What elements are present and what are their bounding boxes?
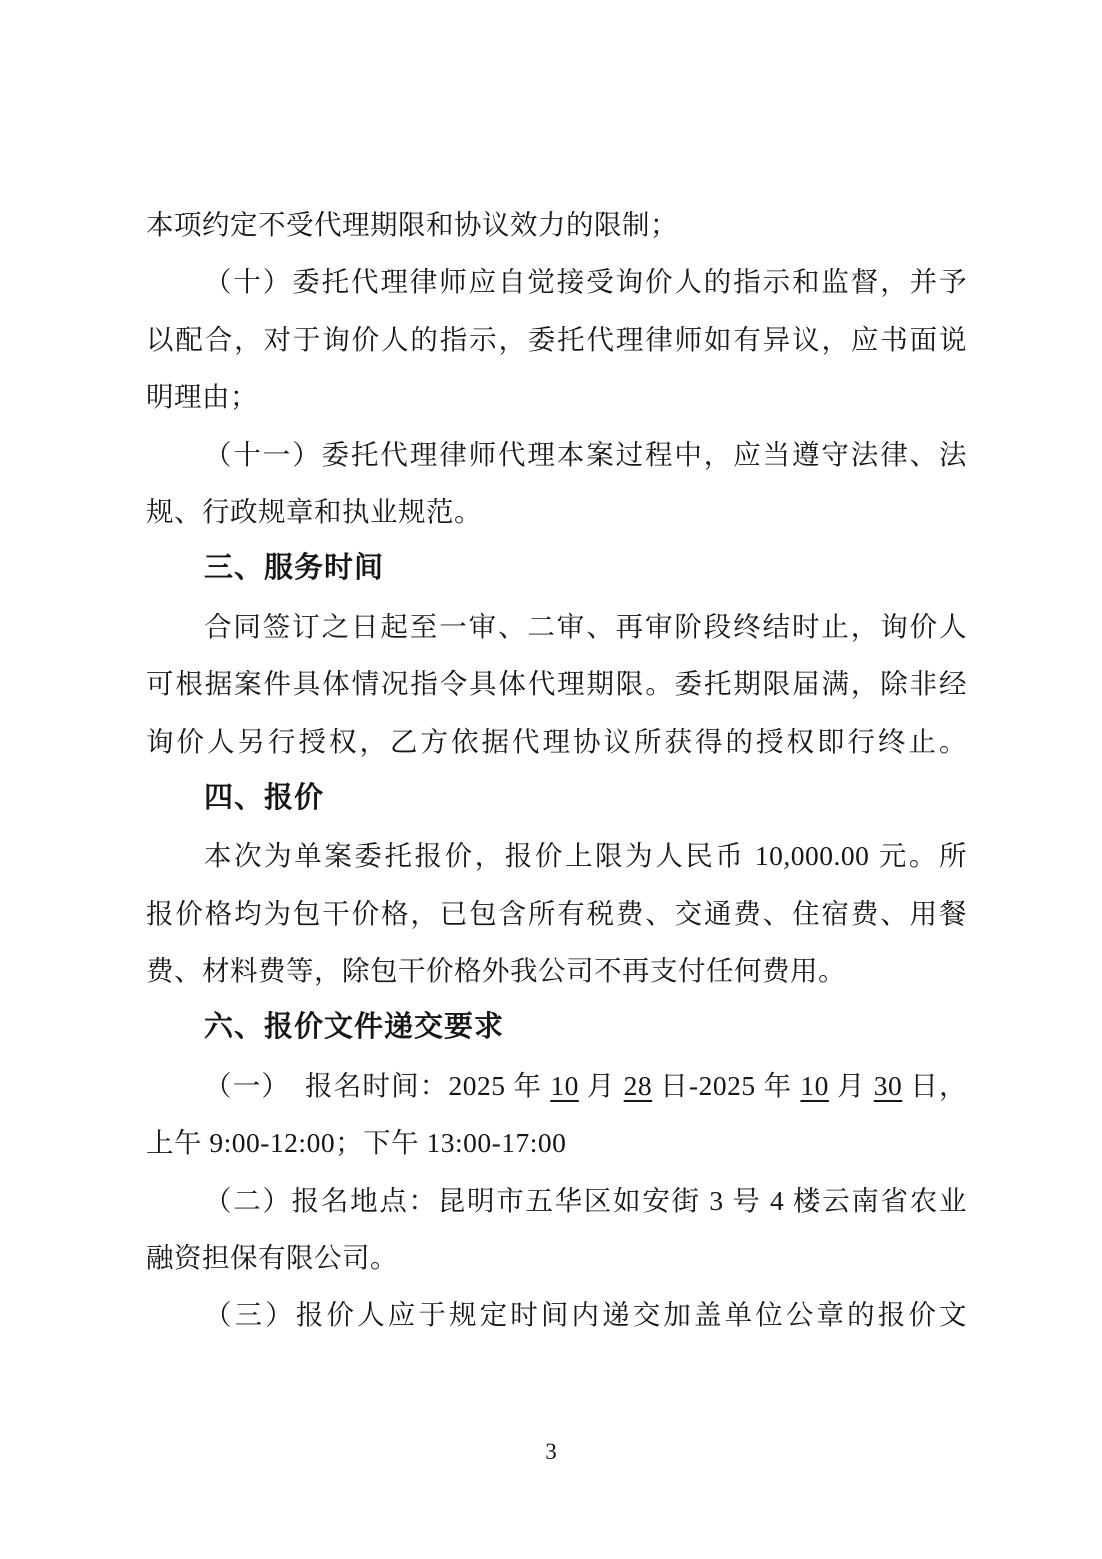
text-line: （三）报价人应于规定时间内递交加盖单位公章的报价文	[146, 1286, 967, 1343]
underlined-date-part: 10	[800, 1070, 829, 1101]
text-segment: 日，	[902, 1070, 967, 1101]
text-line: 可根据案件具体情况指令具体代理期限。委托期限届满，除非经	[146, 655, 967, 712]
text-line: 以配合，对于询价人的指示，委托代理律师如有异议，应书面说	[146, 311, 967, 368]
section-heading: 六、报价文件递交要求	[146, 999, 967, 1056]
section-heading: 四、报价	[146, 770, 967, 827]
text-segment: （一） 报名时间：2025 年	[204, 1070, 550, 1101]
text-line: 上午 9:00-12:00；下午 13:00-17:00	[146, 1114, 967, 1171]
underlined-date-part: 30	[874, 1070, 903, 1101]
text-segment: 日-2025 年	[652, 1070, 800, 1101]
text-line: （十）委托代理律师应自觉接受询价人的指示和监督，并予	[146, 253, 967, 310]
text-line: 规、行政规章和执业规范。	[146, 483, 967, 540]
text-line: 明理由；	[146, 368, 967, 425]
text-line: 融资担保有限公司。	[146, 1229, 967, 1286]
underlined-date-part: 28	[624, 1070, 653, 1101]
text-line: 本次为单案委托报价，报价上限为人民币 10,000.00 元。所	[146, 827, 967, 884]
text-segment: 月	[579, 1070, 624, 1101]
underlined-date-part: 10	[550, 1070, 579, 1101]
text-line: 报价格均为包干价格，已包含所有税费、交通费、住宿费、用餐	[146, 885, 967, 942]
text-segment: 月	[829, 1070, 874, 1101]
text-line: 费、材料费等，除包干价格外我公司不再支付任何费用。	[146, 942, 967, 999]
document-page: 本项约定不受代理期限和协议效力的限制；（十）委托代理律师应自觉接受询价人的指示和…	[0, 0, 1102, 1559]
text-line: （一） 报名时间：2025 年 10 月 28 日-2025 年 10 月 30…	[146, 1057, 967, 1114]
document-body: 本项约定不受代理期限和协议效力的限制；（十）委托代理律师应自觉接受询价人的指示和…	[146, 196, 967, 1344]
text-line: （十一）委托代理律师代理本案过程中，应当遵守法律、法	[146, 426, 967, 483]
text-line: 询价人另行授权，乙方依据代理协议所获得的授权即行终止。	[146, 713, 967, 770]
section-heading: 三、服务时间	[146, 540, 967, 597]
text-line: 本项约定不受代理期限和协议效力的限制；	[146, 196, 967, 253]
page-number: 3	[0, 1436, 1102, 1468]
text-line: 合同签订之日起至一审、二审、再审阶段终结时止，询价人	[146, 598, 967, 655]
text-line: （二）报名地点：昆明市五华区如安街 3 号 4 楼云南省农业	[146, 1172, 967, 1229]
